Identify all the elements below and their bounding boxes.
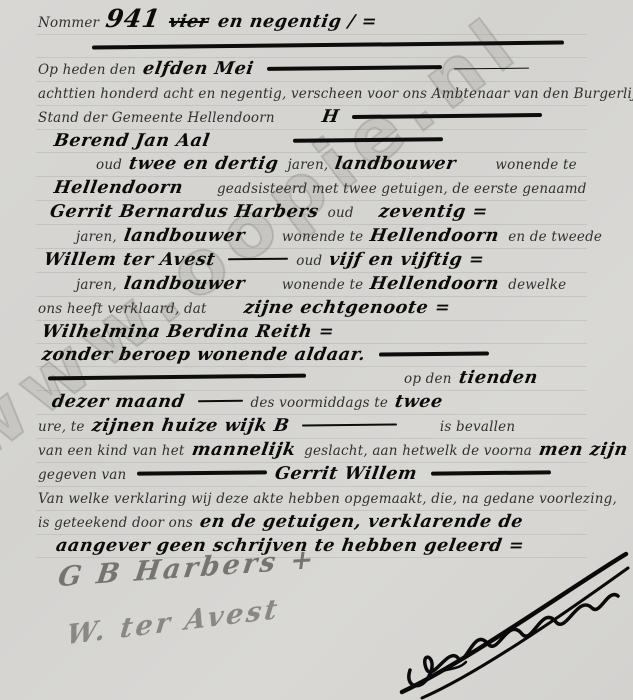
document-line: jaren,landbouwerwonende teHellendoorndew… [36,273,587,297]
handwritten-text: landbouwer [122,225,246,247]
ink-rule [137,470,267,475]
printed-text: van een kind van het [38,443,185,459]
document-line: op dentienden [36,367,587,391]
registrar-signature-flourish [396,550,631,700]
handwritten-text: mannelijk [190,439,297,461]
printed-text: ure, te [38,419,85,435]
printed-text: op den [404,371,452,387]
handwritten-text: zeventig = [377,201,489,223]
document-line: Van welke verklaring wij deze akte hebbe… [36,487,587,511]
handwritten-text: Willem ter Avest [42,249,217,271]
handwritten-text: Hellendoorn [52,177,184,199]
ink-rule [92,41,564,50]
handwritten-text: Hellendoorn [369,273,501,295]
ink-rule [48,374,306,381]
document-line: van een kind van hetmannelijkgeslacht, a… [36,439,587,463]
handwritten-text: men zijn [537,439,629,461]
document-line: achttien honderd acht en negentig, versc… [36,82,587,106]
blank-gap [361,216,379,217]
document-line: Nommer941vieren negentig / = [36,8,587,35]
blank-gap [214,312,244,313]
printed-text: geslacht, aan hetwelk de voorna [304,443,532,459]
printed-text: Op heden den [38,62,136,78]
printed-text: jaren, [288,157,329,173]
handwritten-text: elfden Mei [141,58,255,80]
document-line [36,35,587,58]
document-line: Op heden denelfden Mei [36,58,587,82]
printed-text: wonende te [495,157,576,173]
printed-text: ons heeft verklaard, dat [38,301,207,317]
handwritten-text: Gerrit Bernardus Harbers [48,201,320,223]
document-line: dezer maanddes voormiddags tetwee [36,391,587,415]
blank-gap [192,192,217,193]
handwritten-text: zijne echtgenoote = [242,297,452,319]
blank-gap [405,430,440,431]
witness-signature-harbers: G B Harbers + [56,544,318,593]
blank-gap [465,168,495,169]
document-line: Willem ter Avestoudvijf en vijftig = [36,249,587,273]
document-line: jaren,landbouwerwonende teHellendoornen … [36,225,587,249]
document-line: zonder beroep wonende aldaar. [36,344,587,367]
ink-rule [454,67,529,69]
printed-text: des voormiddags te [251,395,389,411]
blank-gap [282,121,322,122]
printed-text: achttien honderd acht en negentig, versc… [38,86,633,102]
printed-text: jaren, [76,277,117,293]
printed-text: oud [96,157,122,173]
document-line: Wilhelmina Berdina Reith = [36,321,587,344]
document-line: Gerrit Bernardus Harbersoudzeventig = [36,201,587,225]
printed-text: wonende te [282,277,363,293]
printed-text: Van welke verklaring wij deze akte hebbe… [38,491,617,507]
printed-text: en de tweede [508,229,602,245]
handwritten-text: landbouwer [334,153,458,175]
blank-gap [219,145,289,146]
handwritten-text: Wilhelmina Berdina Reith = [40,321,336,343]
printed-text: jaren, [76,229,117,245]
document-body: Nommer941vieren negentig / =Op heden den… [36,8,587,558]
blank-gap [254,288,282,289]
handwritten-text: zonder beroep wonende aldaar. [40,344,367,366]
document-line: Berend Jan Aal [36,130,587,153]
printed-text: oud [328,205,354,221]
document-line: Hellendoorngeadsisteerd met twee getuige… [36,177,587,201]
handwritten-text: twee en dertig [127,153,280,175]
document-line: ure, tezijnen huize wijk Bis bevallen [36,415,587,439]
printed-text: gegeven van [38,467,126,483]
handwritten-text: Hellendoorn [369,225,501,247]
document-line: is geteekend door onsen de getuigen, ver… [36,511,587,535]
printed-text: Nommer [38,15,99,31]
printed-text: geadsisteerd met twee getuigen, de eerst… [217,181,587,197]
handwritten-text: vijf en vijftig = [328,249,487,271]
handwritten-text: 941 [104,8,161,30]
document-line: Stand der Gemeente HellendoornH [36,106,587,130]
printed-text: wonende te [282,229,363,245]
handwritten-text: en negentig / = [216,11,379,33]
handwritten-text: zijnen huize wijk B [90,415,291,437]
signature-area: G B Harbers + W. ter Avest [0,545,633,700]
blank-gap [314,382,404,383]
witness-signature-ter-avest: W. ter Avest [65,594,282,652]
handwritten-text: tienden [457,367,539,389]
ink-rule [352,113,542,119]
handwritten-text: en de getuigen, verklarende de [198,511,525,533]
document-line: oudtwee en dertigjaren,landbouwerwonende… [36,153,587,177]
printed-text: oud [296,253,322,269]
ink-rule [379,351,489,356]
handwritten-text: Berend Jan Aal [52,130,211,152]
ink-rule [198,400,243,402]
document-line: ons heeft verklaard, datzijne echtgenoot… [36,297,587,321]
handwritten-text: vier [167,11,210,33]
ink-rule [228,258,288,261]
printed-text: Stand der Gemeente Hellendoorn [38,110,275,126]
document-line: gegeven vanGerrit Willem [36,463,587,487]
printed-text: is bevallen [440,419,515,435]
ink-rule [431,470,551,475]
handwritten-text: dezer maand [50,391,186,413]
printed-text: is geteekend door ons [38,515,193,531]
ink-rule [267,65,442,71]
ink-rule [302,424,397,427]
ink-rule [293,137,443,143]
handwritten-text: Gerrit Willem [274,463,420,485]
handwritten-text: twee [393,391,444,413]
handwritten-text: landbouwer [122,273,246,295]
printed-text: dewelke [508,277,566,293]
handwritten-text: H [320,106,341,128]
blank-gap [254,240,282,241]
